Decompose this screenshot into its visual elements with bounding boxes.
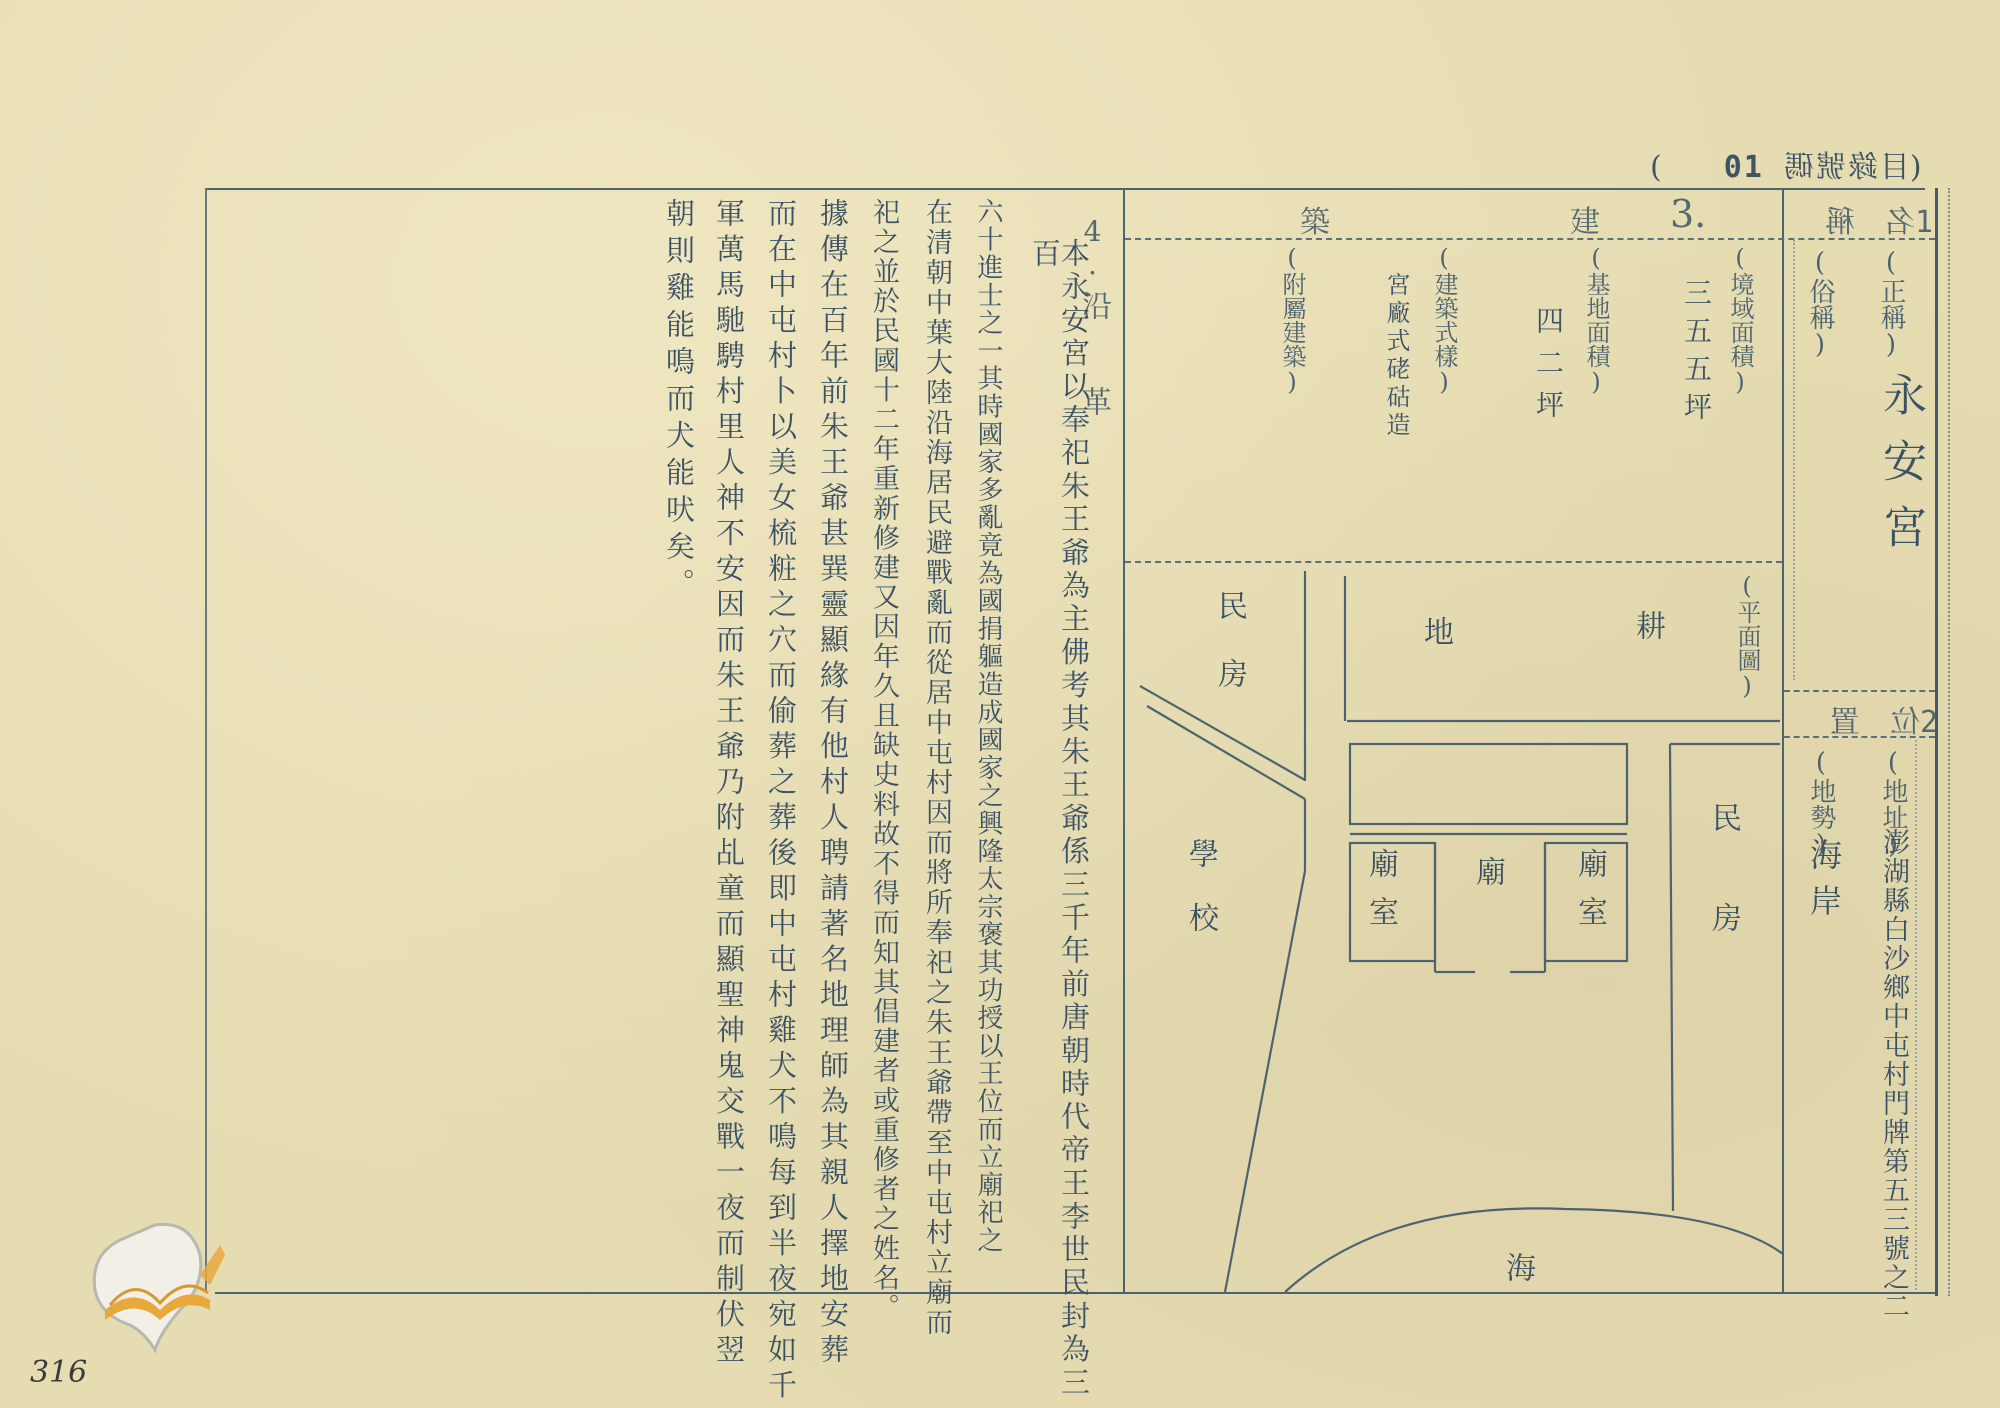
history-column-2: 六十進士之一其時國家多亂竟為國捐軀造成國家之興隆太宗褒其功授以王位而立廟祀之 [975, 198, 1001, 1254]
plan-temple-main: 廟 [1472, 856, 1502, 886]
history-column-8: 朝則雞能鳴而犬能吠矣。 [664, 198, 693, 605]
official-name-label: (正稱) [1878, 248, 1904, 360]
section-name-title: 名稱1 [1795, 197, 1963, 241]
frame-right [1935, 188, 1938, 1296]
style-label: (建築式樣) [1432, 244, 1456, 396]
history-column-5: 據傳在百年前朱王爺甚巽靈顯緣有他村人聘請著名地理師為其親人擇地安葬 [818, 198, 847, 1370]
location-dash-top [1784, 690, 1935, 692]
history-column-7: 軍萬馬馳騁村里人神不安因而朱王爺乃附乩童而顯聖神鬼交戰一夜而制伏翌 [714, 198, 743, 1370]
style-value: 宮廠式硓𥑮造 [1384, 272, 1408, 440]
common-name-label: (俗稱) [1807, 248, 1833, 360]
plan-house-left: 民房 [1214, 590, 1244, 726]
history-column-4: 祀之並於民國十二年重新修建又因年久且缺史料故不得而知其倡建者或重修者之姓名。 [870, 198, 897, 1323]
frame-right-inner [1948, 188, 1950, 1296]
terrain-value: 海岸 [1808, 838, 1840, 930]
section-building-title-1: 建 [1570, 197, 1600, 241]
address-value: 澎湖縣白沙鄉中屯村門牌第五三號之二 [1880, 828, 1907, 1321]
section-location-title: 位置2 [1800, 697, 1968, 741]
official-name-value: 永安宮 [1878, 372, 1922, 570]
close-paren: ) [1910, 150, 1924, 185]
base-area-label: (基地面積) [1584, 244, 1608, 396]
plan-temple-room-right: 廟室 [1574, 848, 1604, 944]
section-building-title-2: 築 [1300, 197, 1330, 241]
name-inner-dash [1793, 240, 1795, 680]
section-building-number: 3. [1670, 192, 1706, 236]
frame-left [205, 188, 207, 1292]
history-column-6: 而在中屯村卜以美女梳粧之穴而偷葬之葬後即中屯村雞犬不鳴每到半夜宛如千 [766, 198, 795, 1405]
precinct-area-value: 三五五坪 [1682, 278, 1710, 430]
frame-top [205, 188, 1925, 190]
page-number: 316 [30, 1355, 87, 1390]
plan-school: 學校 [1185, 838, 1215, 966]
catalog-code-label: 目錄號碼 [1782, 142, 1910, 186]
precinct-area-label: (境域面積) [1728, 244, 1752, 396]
history-column-1: 本永安宮以奉祀朱王爺為主佛考其朱王爺係三千年前唐朝時代帝王李世民封為三百 [1030, 238, 1088, 1408]
plan-farmland-char-1: 耕 [1632, 610, 1662, 640]
location-inner-dash [1915, 740, 1917, 1290]
open-paren: ( [1650, 150, 1664, 185]
plan-farmland-char-2: 地 [1420, 616, 1450, 646]
plan-sea: 海 [1502, 1252, 1532, 1282]
history-column-3: 在清朝中葉大陸沿海居民避戰亂而從居中屯村因而將所奉祀之朱王爺帶至中屯村立廟而 [923, 198, 950, 1338]
base-area-value: 四二坪 [1534, 306, 1562, 432]
catalog-code: (01目錄號碼) [1650, 142, 1924, 186]
plan-temple-room-left: 廟室 [1365, 848, 1395, 944]
catalog-code-value: 01 [1724, 150, 1764, 185]
taiwan-book-logo-icon [60, 1215, 230, 1355]
plan-house-right: 民房 [1708, 802, 1738, 1002]
annex-label: (附屬建築) [1280, 244, 1304, 396]
